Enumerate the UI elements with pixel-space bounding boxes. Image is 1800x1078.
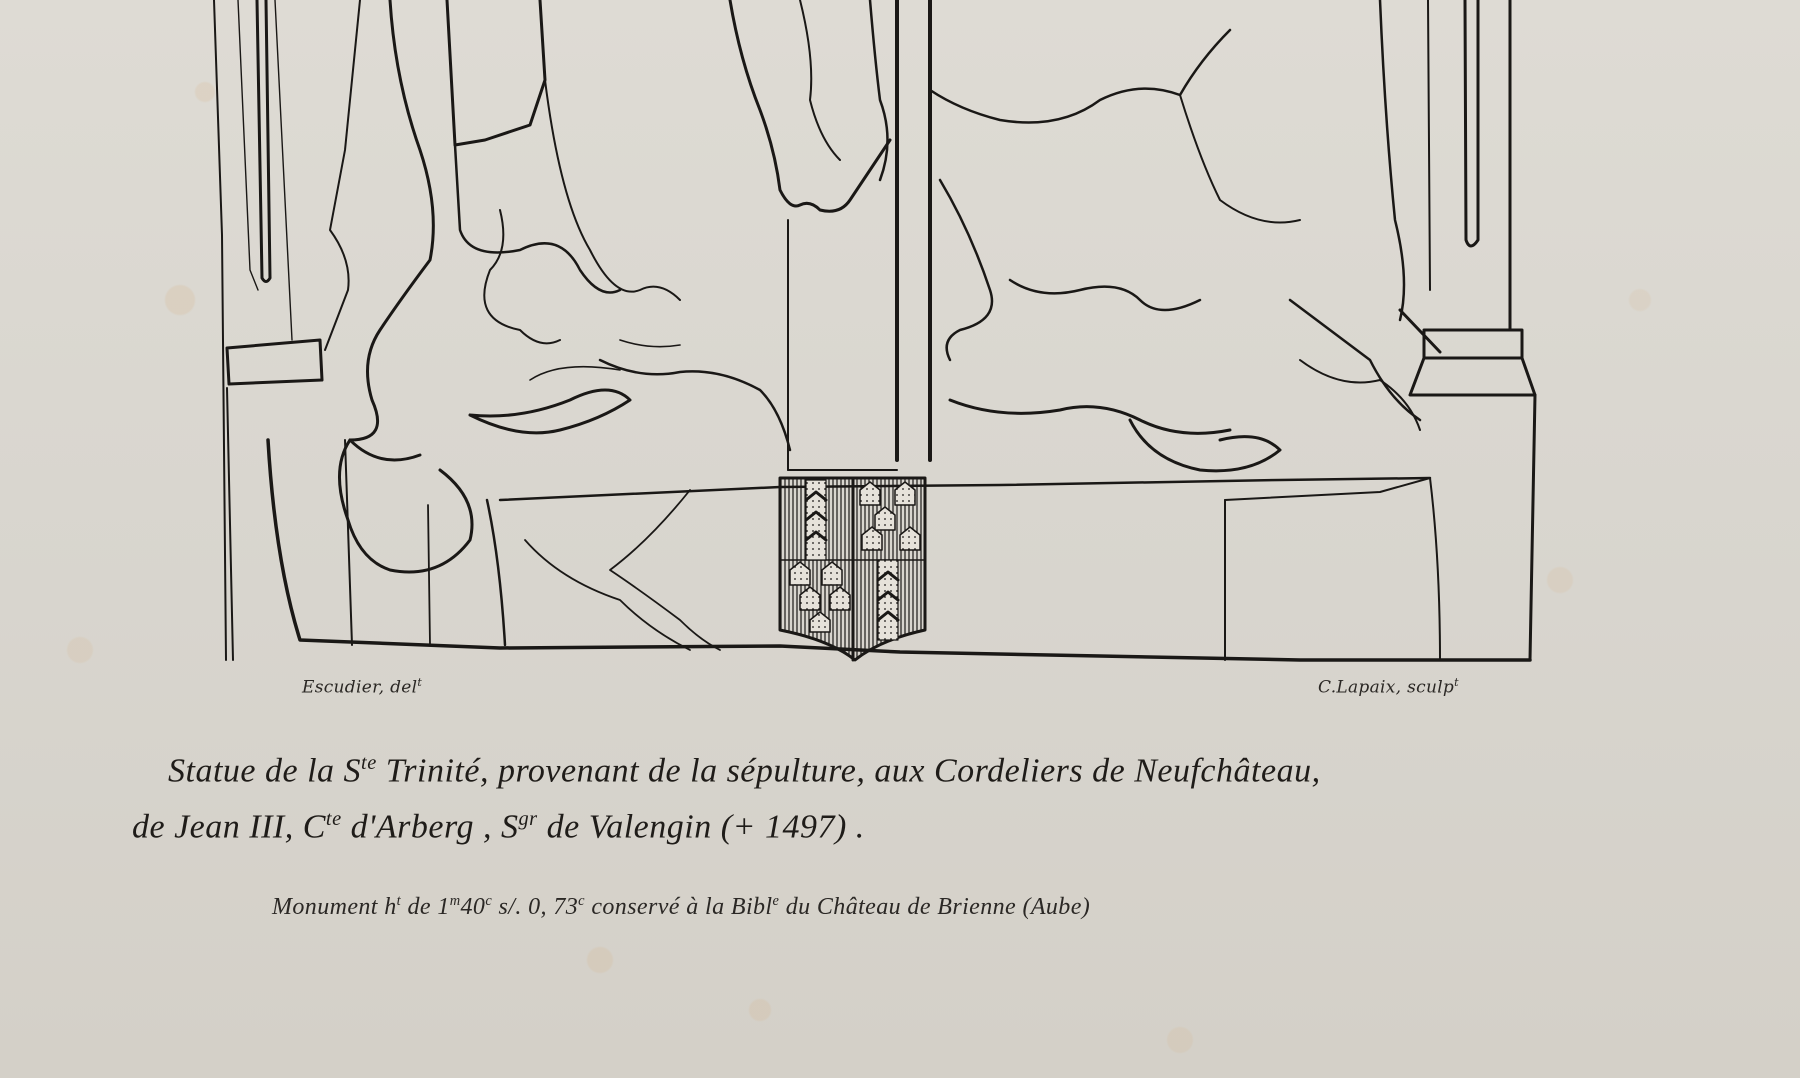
- title-line-1-text-b: Trinité, provenant de la sépulture, aux …: [377, 752, 1321, 789]
- coat-of-arms-shield: [780, 478, 925, 660]
- engraver-abbrev: sculp: [1407, 678, 1454, 698]
- title-line-2-text-a: de Jean III, C: [132, 808, 326, 845]
- title-line-1-text-a: Statue de la S: [168, 752, 361, 789]
- dimensions-sup-d: c: [578, 893, 585, 909]
- dimensions-text-d: s/. 0, 73: [492, 894, 578, 920]
- crucifix-and-cross: [730, 0, 930, 470]
- dimensions-text-b: de 1: [401, 894, 450, 920]
- plate-title-line-1: Statue de la Ste Trinité, provenant de l…: [168, 752, 1321, 790]
- draughtsman-abbrev-sup: t: [417, 676, 422, 689]
- left-drapery: [339, 0, 790, 572]
- plate-title-line-2: de Jean III, Cte d'Arberg , Sgr de Valen…: [132, 808, 865, 846]
- draughtsman-credit: Escudier, delt: [302, 676, 422, 698]
- dimensions-text-e: conservé à la Bibl: [585, 894, 773, 920]
- dimensions-text-a: Monument h: [272, 894, 397, 920]
- title-line-2-sup-b: gr: [518, 808, 537, 830]
- right-drapery: [930, 0, 1420, 471]
- right-pillar: [1400, 0, 1535, 660]
- title-line-2-sup-a: te: [326, 808, 342, 830]
- title-line-2-text-c: de Valengin (+ 1497) .: [538, 808, 865, 845]
- left-pillar: [214, 0, 360, 660]
- engraver-credit: C.Lapaix, sculpt: [1318, 676, 1459, 698]
- engraving-illustration: [0, 0, 1800, 700]
- dimensions-text-c: 40: [461, 894, 486, 920]
- draughtsman-name: Escudier: [302, 678, 379, 698]
- engraver-name: C.Lapaix: [1318, 678, 1396, 698]
- title-line-2-text-b: d'Arberg , S: [342, 808, 519, 845]
- title-line-1-sup-a: te: [361, 752, 377, 774]
- engraver-abbrev-sup: t: [1454, 676, 1459, 689]
- draughtsman-abbrev: del: [390, 678, 417, 698]
- dimensions-text-f: du Château de Brienne (Aube): [779, 894, 1090, 920]
- plate-dimensions-line: Monument ht de 1m40c s/. 0, 73c conservé…: [272, 893, 1090, 921]
- dimensions-sup-b: m: [450, 893, 461, 909]
